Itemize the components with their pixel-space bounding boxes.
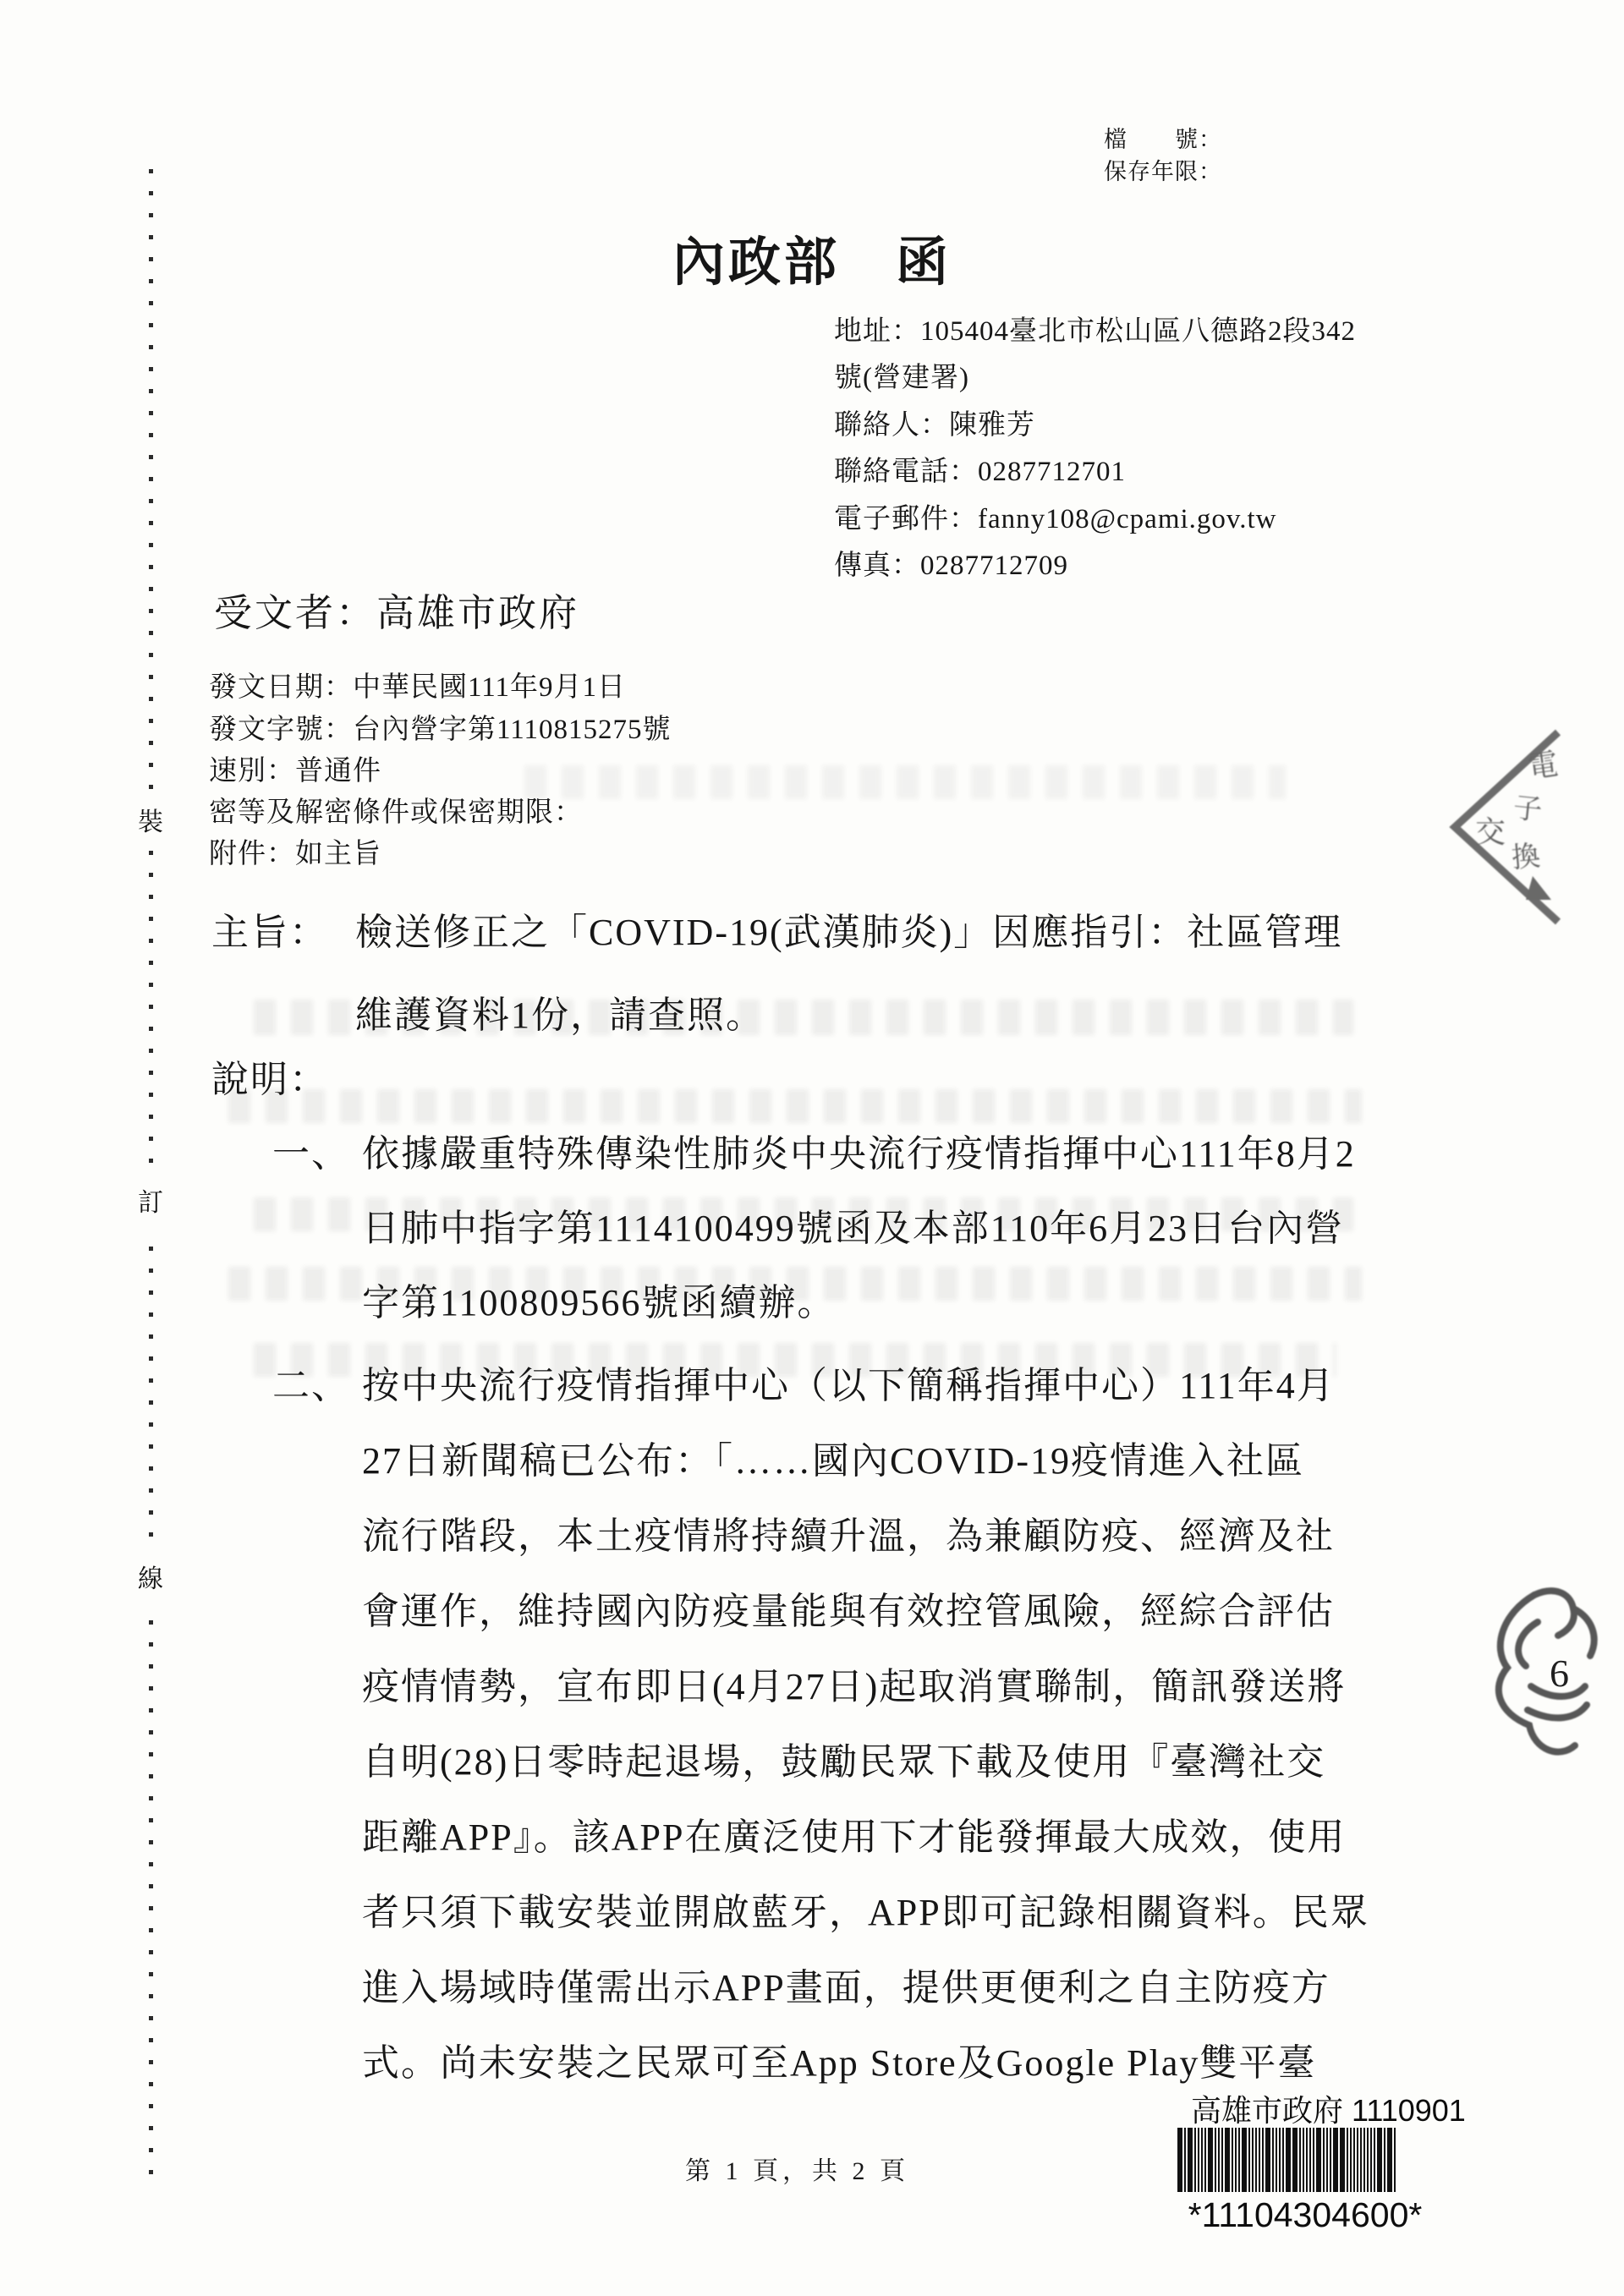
subject-label: 主旨： xyxy=(211,912,328,955)
explanation-label: 說明： xyxy=(211,1059,328,1102)
sender-contact-person: 聯絡人：陳雅芳 xyxy=(834,410,1035,442)
item-1-line-1: 依據嚴重特殊傳染性肺炎中央流行疫情指揮中心111年8月2 xyxy=(362,1133,1356,1176)
margin-swirl-mark: 6 xyxy=(1482,1586,1617,1773)
item-1-line-3: 字第1100809566號函續辦。 xyxy=(362,1282,836,1325)
electronic-exchange-stamp: 電 子 交 換 xyxy=(1438,726,1565,929)
item-1-line-2: 日肺中指字第1114100499號函及本部110年6月23日台內營 xyxy=(362,1208,1344,1251)
scanned-letter-page: 裝 訂 線 檔 號： 保存年限： 內政部 函 地址：105404臺北市松山區八德… xyxy=(0,0,1624,2296)
sender-address-line-1: 地址：105404臺北市松山區八德路2段342 xyxy=(834,316,1356,348)
sender-email: 電子郵件：fanny108@cpami.gov.tw xyxy=(834,504,1277,536)
stamp-char: 換 xyxy=(1510,840,1541,874)
sender-address-line-2: 號(營建署) xyxy=(834,363,969,395)
sender-fax: 傳真：0287712709 xyxy=(834,551,1068,583)
bleed-through xyxy=(228,1089,1362,1123)
margin-mark-number: 6 xyxy=(1550,1652,1569,1695)
bleed-through xyxy=(524,765,1286,799)
binding-dotted-line: 裝 訂 線 xyxy=(134,169,167,2178)
item-2-line-3: 流行階段，本土疫情將持續升溫，為兼顧防疫、經濟及社 xyxy=(362,1515,1335,1559)
issue-date-line: 發文日期：中華民國111年9月1日 xyxy=(209,672,626,704)
item-2-line-1: 按中央流行疫情指揮中心（以下簡稱指揮中心）111年4月 xyxy=(362,1365,1336,1408)
barcode-agency-label: 高雄市政府 1110901 xyxy=(1191,2087,1466,2130)
item-2-line-10: 式。尚未安裝之民眾可至App Store及Google Play雙平臺 xyxy=(362,2042,1316,2085)
subject-line-1: 檢送修正之「COVID-19(武漢肺炎)」因應指引：社區管理 xyxy=(355,912,1342,955)
priority-line: 速別：普通件 xyxy=(209,756,381,788)
item-2-line-7: 距離APP』。該APP在廣泛使用下才能發揮最大成效，使用 xyxy=(362,1817,1346,1860)
sender-phone: 聯絡電話：0287712701 xyxy=(834,457,1126,489)
item-2-line-8: 者只須下載安裝並開啟藍牙，APP即可記錄相關資料。民眾 xyxy=(362,1892,1369,1935)
issue-number-line: 發文字號：台內營字第1110815275號 xyxy=(209,715,672,747)
item-2-line-9: 進入場域時僅需出示APP畫面，提供更便利之自主防疫方 xyxy=(362,1967,1330,2010)
barcode-value: *11104304600* xyxy=(1166,2195,1445,2235)
stamp-char: 交 xyxy=(1475,815,1506,849)
retention-label: 保存年限： xyxy=(1104,159,1222,185)
file-number-label: 檔 號： xyxy=(1104,127,1222,153)
binding-mark-ding: 訂 xyxy=(135,1171,166,1229)
stamp-char: 電 xyxy=(1526,747,1561,785)
subject-line-2: 維護資料1份，請查照。 xyxy=(355,995,765,1038)
item-2-number: 二、 xyxy=(272,1365,350,1408)
item-2-line-4: 會運作，維持國內防疫量能與有效控管風險，經綜合評估 xyxy=(362,1591,1335,1634)
attachment-line: 附件：如主旨 xyxy=(209,839,381,871)
binding-mark-zhuang: 裝 xyxy=(135,791,166,848)
binding-mark-xian: 線 xyxy=(135,1548,166,1605)
item-2-line-6: 自明(28)日零時起退場，鼓勵民眾下載及使用『臺灣社交 xyxy=(362,1741,1325,1784)
barcode-bars xyxy=(1177,2128,1397,2192)
item-2-line-2: 27日新聞稿已公布：「……國內COVID-19疫情進入社區 xyxy=(362,1440,1304,1483)
recipient-line: 受文者：高雄市政府 xyxy=(214,592,579,636)
item-1-number: 一、 xyxy=(272,1133,350,1176)
classification-line: 密等及解密條件或保密期限： xyxy=(209,797,583,830)
document-title: 內政部 函 xyxy=(0,233,1624,293)
item-2-line-5: 疫情情勢，宣布即日(4月27日)起取消實聯制，簡訊發送將 xyxy=(362,1666,1346,1709)
page-number-footer: 第 1 頁，共 2 頁 xyxy=(685,2150,909,2187)
stamp-char: 子 xyxy=(1512,792,1544,826)
